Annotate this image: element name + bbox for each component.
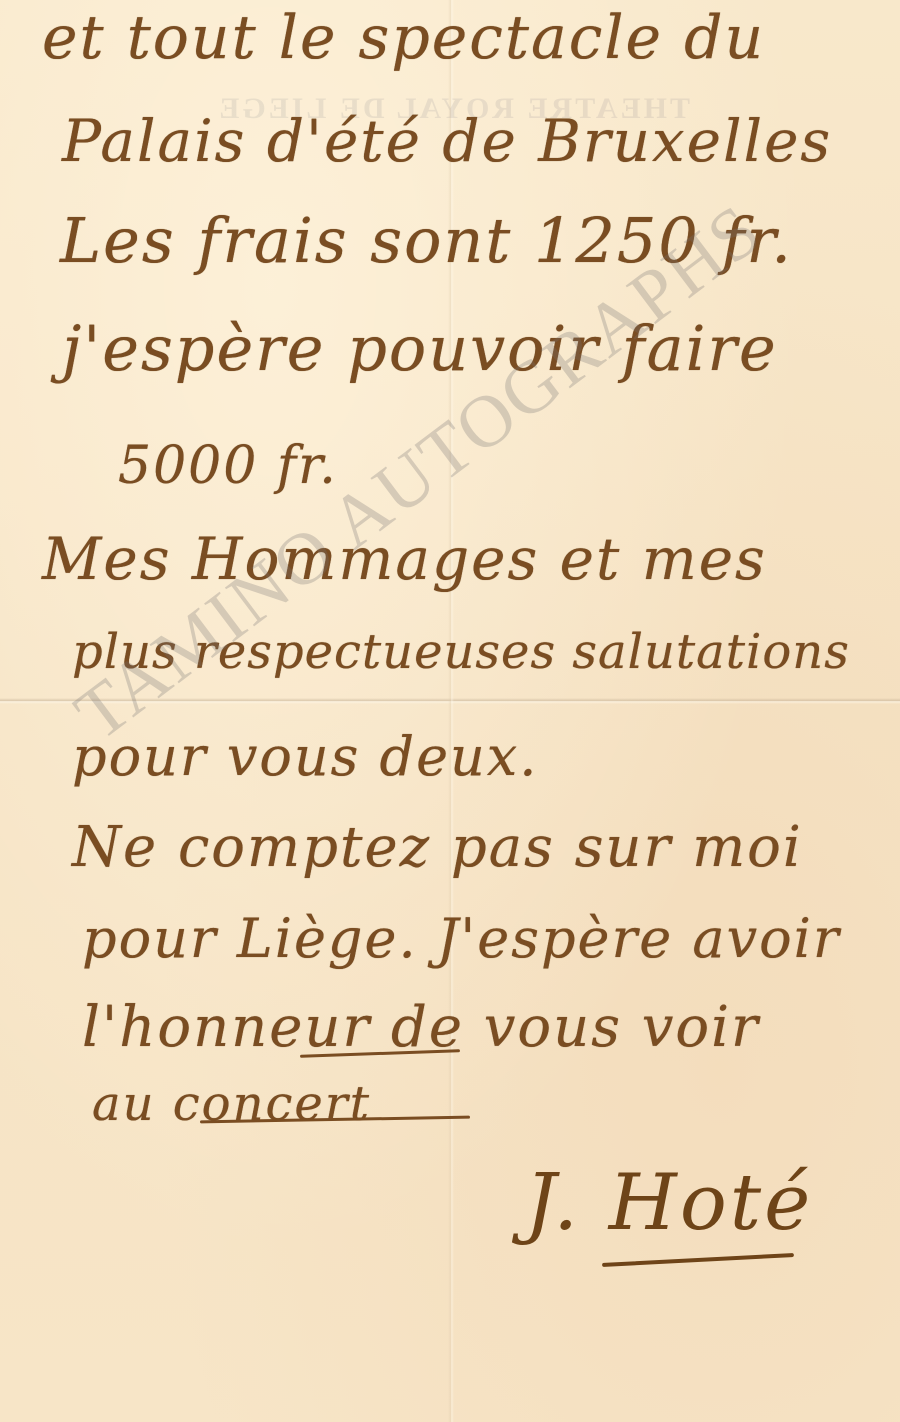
letter-line-8: pour vous deux. bbox=[72, 730, 538, 784]
signature-underline bbox=[602, 1253, 794, 1267]
letter-line-9: Ne comptez pas sur moi bbox=[72, 820, 803, 876]
letter-line-11: l'honneur de vous voir bbox=[82, 1000, 760, 1056]
signature: J. Hoté bbox=[525, 1158, 813, 1248]
letter-line-10: pour Liège. J'espère avoir bbox=[82, 912, 841, 966]
letter-page: THEATRE ROYAL DE LIEGE et tout le specta… bbox=[0, 0, 900, 1422]
letter-line-2: Palais d'été de Bruxelles bbox=[62, 112, 832, 170]
letter-line-5: 5000 fr. bbox=[118, 440, 338, 492]
letter-line-1: et tout le spectacle du bbox=[42, 8, 765, 68]
letter-line-6: Mes Hommages et mes bbox=[42, 530, 767, 588]
